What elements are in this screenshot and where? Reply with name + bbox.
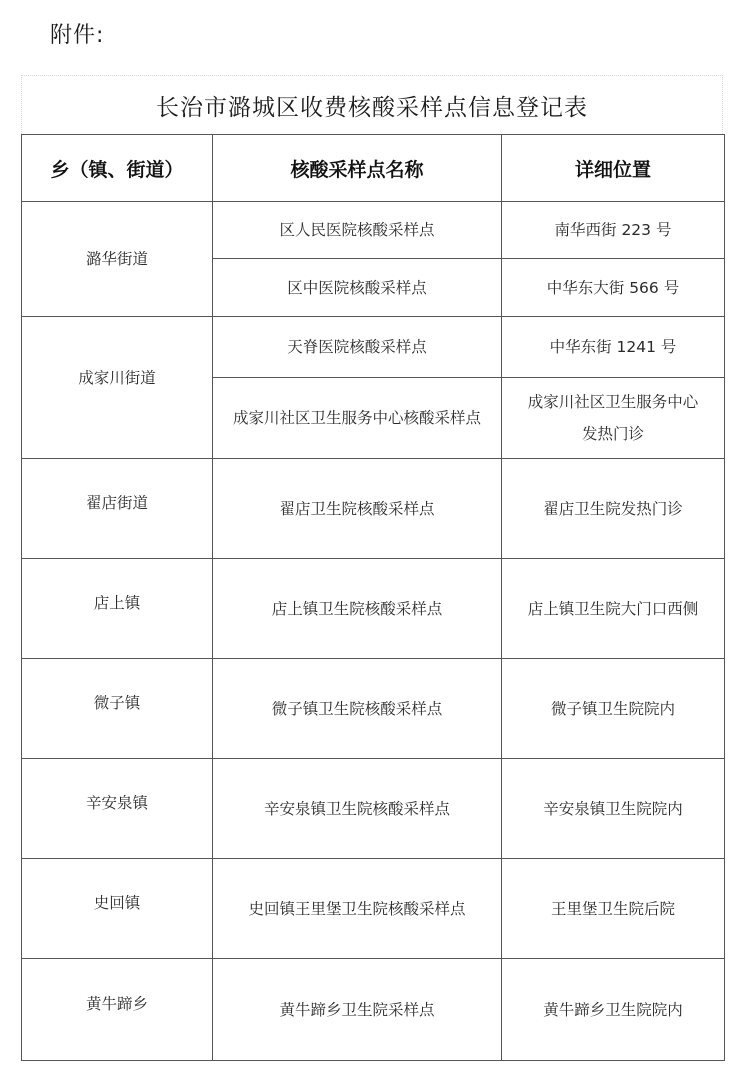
town-cell: 店上镇 <box>22 559 213 659</box>
table-title: 长治市潞城区收费核酸采样点信息登记表 <box>156 89 588 122</box>
attachment-label: 附件: <box>50 18 104 49</box>
town-name: 翟店街道 <box>86 494 148 512</box>
location-cell: 微子镇卫生院院内 <box>502 659 725 759</box>
location-cell: 辛安泉镇卫生院院内 <box>502 759 725 859</box>
table-row: 黄牛蹄乡 黄牛蹄乡卫生院采样点 黄牛蹄乡卫生院院内 <box>22 959 725 1061</box>
location-cell: 南华西街 223 号 <box>502 202 725 259</box>
site-name-cell: 史回镇王里堡卫生院核酸采样点 <box>213 859 502 959</box>
column-header-location: 详细位置 <box>502 135 725 202</box>
town-name: 成家川街道 <box>78 369 156 387</box>
location-cell: 翟店卫生院发热门诊 <box>502 459 725 559</box>
town-name: 史回镇 <box>94 894 141 912</box>
town-name: 微子镇 <box>94 694 141 712</box>
location-cell: 成家川社区卫生服务中心 发热门诊 <box>502 378 725 459</box>
table-row: 成家川街道 天脊医院核酸采样点 中华东街 1241 号 <box>22 317 725 378</box>
location-cell: 店上镇卫生院大门口西侧 <box>502 559 725 659</box>
location-cell: 中华东大街 566 号 <box>502 259 725 317</box>
table-header-row: 乡（镇、街道） 核酸采样点名称 详细位置 <box>22 135 725 202</box>
table-row: 辛安泉镇 辛安泉镇卫生院核酸采样点 辛安泉镇卫生院院内 <box>22 759 725 859</box>
site-name-cell: 辛安泉镇卫生院核酸采样点 <box>213 759 502 859</box>
site-name-cell: 黄牛蹄乡卫生院采样点 <box>213 959 502 1061</box>
town-cell: 黄牛蹄乡 <box>22 959 213 1061</box>
table-row: 店上镇 店上镇卫生院核酸采样点 店上镇卫生院大门口西侧 <box>22 559 725 659</box>
column-header-site-name: 核酸采样点名称 <box>213 135 502 202</box>
town-cell: 辛安泉镇 <box>22 759 213 859</box>
site-name-cell: 翟店卫生院核酸采样点 <box>213 459 502 559</box>
location-cell: 中华东街 1241 号 <box>502 317 725 378</box>
town-cell: 翟店街道 <box>22 459 213 559</box>
site-name-cell: 区中医院核酸采样点 <box>213 259 502 317</box>
town-name: 潞华街道 <box>86 250 148 268</box>
sampling-sites-table: 乡（镇、街道） 核酸采样点名称 详细位置 潞华街道 区人民医院核酸采样点 南华西… <box>21 134 725 1061</box>
town-cell: 微子镇 <box>22 659 213 759</box>
site-name-cell: 成家川社区卫生服务中心核酸采样点 <box>213 378 502 459</box>
location-line-2: 发热门诊 <box>508 418 718 450</box>
table-row: 史回镇 史回镇王里堡卫生院核酸采样点 王里堡卫生院后院 <box>22 859 725 959</box>
location-cell: 黄牛蹄乡卫生院院内 <box>502 959 725 1061</box>
table-row: 翟店街道 翟店卫生院核酸采样点 翟店卫生院发热门诊 <box>22 459 725 559</box>
town-cell: 成家川街道 <box>22 317 213 459</box>
table-row: 微子镇 微子镇卫生院核酸采样点 微子镇卫生院院内 <box>22 659 725 759</box>
table-row: 潞华街道 区人民医院核酸采样点 南华西街 223 号 <box>22 202 725 259</box>
town-name: 店上镇 <box>94 594 141 612</box>
town-cell: 史回镇 <box>22 859 213 959</box>
location-line-1: 成家川社区卫生服务中心 <box>508 386 718 418</box>
site-name-cell: 区人民医院核酸采样点 <box>213 202 502 259</box>
town-cell: 潞华街道 <box>22 202 213 317</box>
town-name: 黄牛蹄乡 <box>86 995 148 1013</box>
table-title-row: 长治市潞城区收费核酸采样点信息登记表 <box>21 75 723 134</box>
location-cell: 王里堡卫生院后院 <box>502 859 725 959</box>
column-header-town: 乡（镇、街道） <box>22 135 213 202</box>
site-name-cell: 天脊医院核酸采样点 <box>213 317 502 378</box>
site-name-cell: 店上镇卫生院核酸采样点 <box>213 559 502 659</box>
site-name-cell: 微子镇卫生院核酸采样点 <box>213 659 502 759</box>
town-name: 辛安泉镇 <box>86 794 148 812</box>
